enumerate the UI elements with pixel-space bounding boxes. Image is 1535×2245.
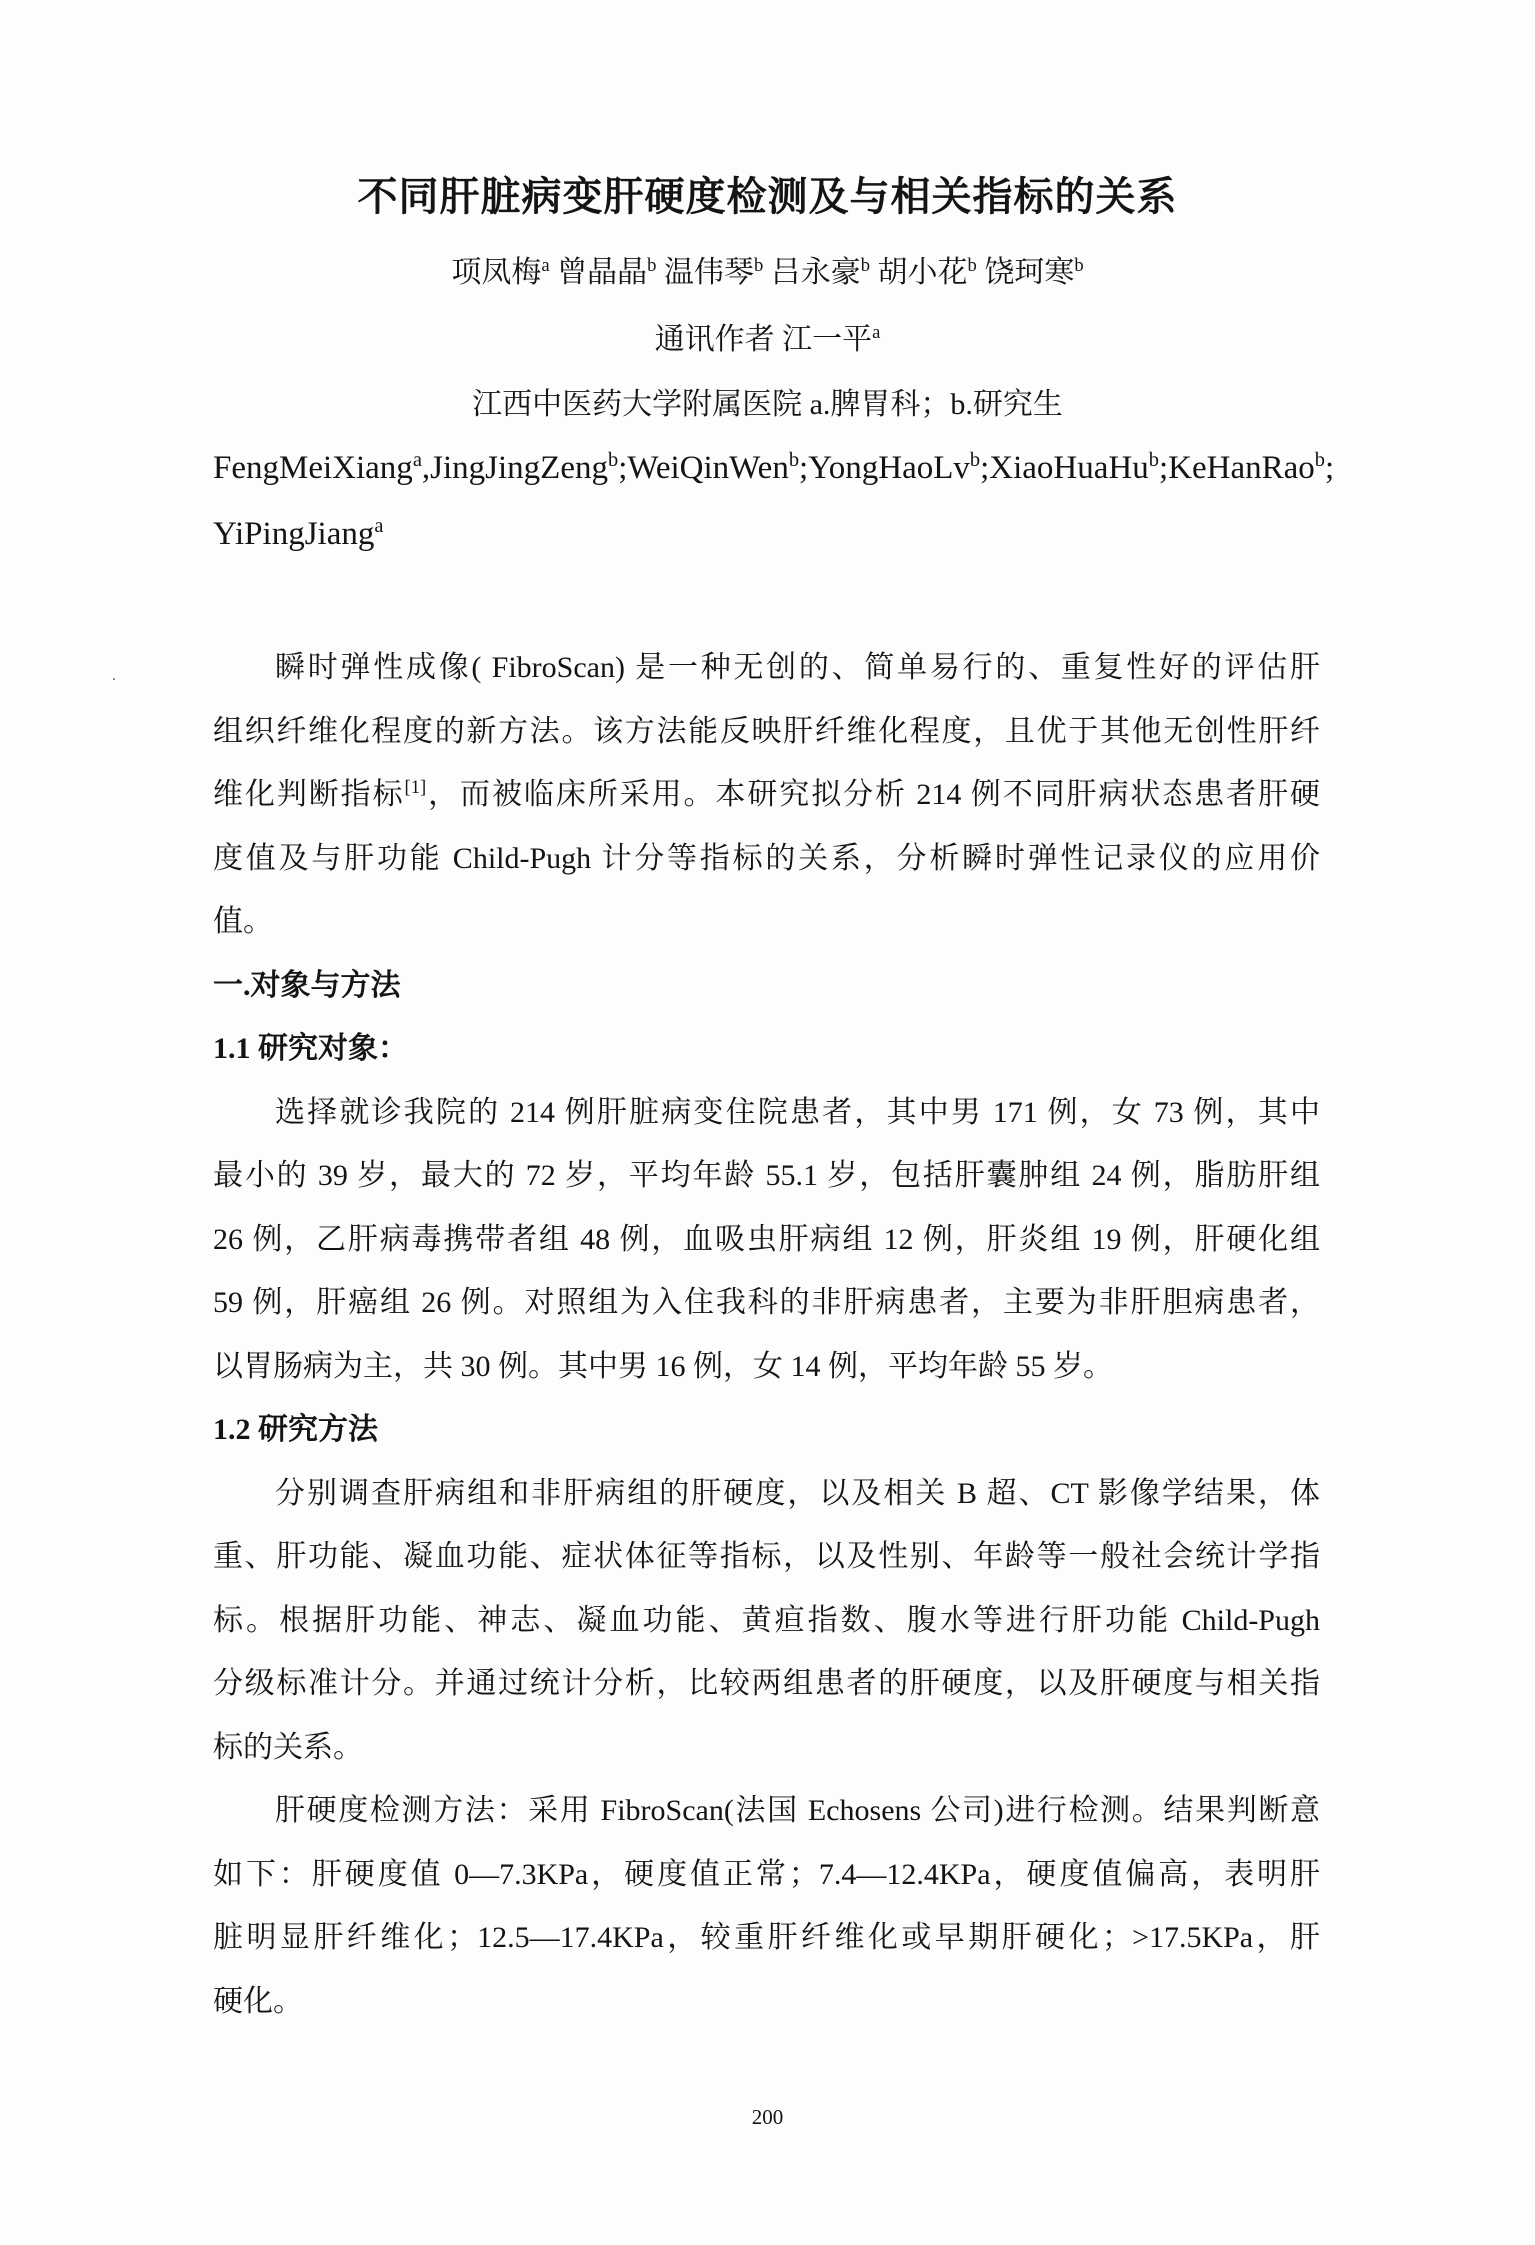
superscript-label: b [861,255,870,276]
section-heading: 一.对象与方法 [213,954,1320,1018]
body-line: 分级标准计分。并通过统计分析，比较两组患者的肝硬度，以及肝硬度与相关指 [213,1652,1320,1716]
body-text: 瞬时弹性成像( FibroScan) 是一种无创的、简单易行的、重复性好的评估肝… [213,636,1320,2033]
text-segment: 曾晶晶 [550,256,648,289]
body-line: 维化判断指标[1]，而被临床所采用。本研究拟分析 214 例不同肝病状态患者肝硬 [213,763,1320,827]
text-segment: 温伟琴 [656,256,754,289]
section-heading: 1.2 研究方法 [213,1398,1320,1462]
body-line: 标。根据肝功能、神志、凝血功能、黄疸指数、腹水等进行肝功能 Child-Pugh [213,1589,1320,1653]
corresponding-author-line: 通讯作者 江一平a [0,319,1535,361]
text-segment: YiPingJiang [213,516,374,552]
body-line: 硬化。 [213,1970,1320,2034]
body-line: 分别调查肝病组和非肝病组的肝硬度，以及相关 B 超、CT 影像学结果，体 [213,1462,1320,1526]
page-number: 200 [0,2104,1535,2130]
superscript-label: b [754,255,763,276]
text-segment: ;WeiQinWen [618,450,789,486]
body-line: 标的关系。 [213,1716,1320,1780]
body-line: 以胃肠病为主，共 30 例。其中男 16 例，女 14 例，平均年龄 55 岁。 [213,1335,1320,1399]
body-line: 选择就诊我院的 214 例肝脏病变住院患者，其中男 171 例，女 73 例，其… [213,1081,1320,1145]
text-segment: 吕永豪 [763,256,861,289]
text-segment: 项凤梅 [451,256,541,289]
document-page: 不同肝脏病变肝硬度检测及与相关指标的关系 项凤梅a 曾晶晶b 温伟琴b 吕永豪b… [0,0,1535,2245]
body-line: 肝硬度检测方法：采用 FibroScan(法国 Echosens 公司)进行检测… [213,1779,1320,1843]
body-line: 26 例，乙肝病毒携带者组 48 例，血吸虫肝病组 12 例，肝炎组 19 例，… [213,1208,1320,1272]
scan-artifact-dot: . [112,668,116,684]
section-heading: 1.1 研究对象： [213,1017,1320,1081]
english-authors-line-2: YiPingJianga [213,512,1413,556]
superscript-label: a [872,322,880,343]
body-line: 值。 [213,890,1320,954]
superscript-label: [1] [405,777,427,798]
authors-line: 项凤梅a 曾晶晶b 温伟琴b 吕永豪b 胡小花b 饶珂寒b [0,252,1535,294]
superscript-label: b [968,255,977,276]
affiliation-line: 江西中医药大学附属医院 a.脾胃科；b.研究生 [0,384,1535,426]
body-line: 瞬时弹性成像( FibroScan) 是一种无创的、简单易行的、重复性好的评估肝 [213,636,1320,700]
body-line: 脏明显肝纤维化；12.5—17.4KPa，较重肝纤维化或早期肝硬化；>17.5K… [213,1906,1320,1970]
text-segment: ;YongHaoLv [799,450,970,486]
superscript-label: a [374,515,383,537]
english-authors-line-1: FengMeiXianga,JingJingZengb;WeiQinWenb;Y… [213,446,1413,490]
body-line: 重、肝功能、凝血功能、症状体征等指标，以及性别、年龄等一般社会统计学指 [213,1525,1320,1589]
text-segment: ; [1325,450,1334,486]
body-line: 组织纤维化程度的新方法。该方法能反映肝纤维化程度，且优于其他无创性肝纤 [213,700,1320,764]
superscript-label: b [789,449,799,471]
text-segment: 维化判断指标 [213,778,405,811]
text-segment: ;XiaoHuaHu [980,450,1149,486]
text-segment: 饶珂寒 [977,256,1075,289]
superscript-label: a [413,449,422,471]
text-segment: ;KeHanRao [1159,450,1315,486]
body-line: 度值及与肝功能 Child-Pugh 计分等指标的关系，分析瞬时弹性记录仪的应用… [213,827,1320,891]
superscript-label: a [541,255,549,276]
text-segment: 通讯作者 江一平 [655,323,873,356]
text-segment: FengMeiXiang [213,450,413,486]
superscript-label: b [970,449,980,471]
superscript-label: b [1315,449,1325,471]
text-segment: ,JingJingZeng [422,450,608,486]
body-line: 如下：肝硬度值 0—7.3KPa，硬度值正常；7.4—12.4KPa，硬度值偏高… [213,1843,1320,1907]
body-line: 最小的 39 岁，最大的 72 岁，平均年龄 55.1 岁，包括肝囊肿组 24 … [213,1144,1320,1208]
superscript-label: b [608,449,618,471]
superscript-label: b [1149,449,1159,471]
superscript-label: b [1074,255,1083,276]
text-segment: ，而被临床所采用。本研究拟分析 214 例不同肝病状态患者肝硬 [426,778,1320,811]
paper-title: 不同肝脏病变肝硬度检测及与相关指标的关系 [0,172,1535,222]
text-segment: 胡小花 [870,256,968,289]
body-line: 59 例，肝癌组 26 例。对照组为入住我科的非肝病患者，主要为非肝胆病患者， [213,1271,1320,1335]
